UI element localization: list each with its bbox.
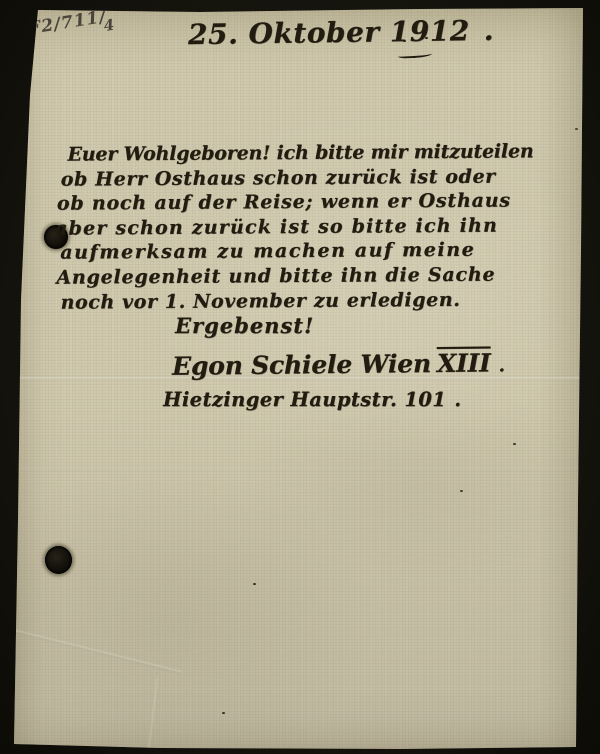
- fold-crease-faint: [0, 468, 600, 471]
- photo-background: F2/711/4 25. Oktober 1912. Euer Wohlgebo…: [0, 0, 600, 754]
- letter-line: ob noch auf der Reise; wenn er Osthaus: [55, 189, 534, 217]
- address-text: Hietzinger Hauptstr. 101: [163, 388, 446, 411]
- archival-number: F2/711/4: [27, 5, 119, 39]
- signature-name: Egon Schiele Wien: [172, 349, 431, 381]
- date-text: 25. Oktober 1912: [188, 14, 470, 51]
- address-period: .: [454, 388, 461, 411]
- date-line: 25. Oktober 1912.: [188, 14, 494, 51]
- date-underline-flourish: [398, 51, 432, 59]
- archival-number-main: F2/711/: [27, 7, 108, 39]
- letter-line: Euer Wohlgeboren! ich bitte mir mitzutei…: [54, 139, 533, 167]
- letter-line: Angelegenheit und bitte ihn die Sache: [55, 262, 534, 290]
- punch-hole-bottom: [45, 546, 72, 574]
- letter-line: ob Herr Osthaus schon zurück ist oder: [55, 164, 534, 192]
- signature-line: Egon Schiele WienXIII.: [172, 348, 505, 380]
- address-line: Hietzinger Hauptstr. 101.: [163, 388, 461, 411]
- archival-number-sub: 4: [102, 16, 116, 36]
- signature-period: .: [498, 355, 504, 376]
- fold-crease-vertical: [147, 678, 160, 754]
- letter-body: Euer Wohlgeboren! ich bitte mir mitzutei…: [54, 139, 534, 314]
- fold-crease-diagonal: [0, 625, 182, 674]
- signature-district: XIII: [437, 348, 491, 378]
- letter-line: aber schon zurück ist so bitte ich ihn: [55, 213, 534, 241]
- letter-line: noch vor 1. November zu erledigen.: [55, 287, 534, 315]
- date-period: .: [483, 14, 494, 47]
- letter-paper: F2/711/4 25. Oktober 1912. Euer Wohlgebo…: [0, 0, 600, 754]
- closing-salutation: Ergebenst!: [175, 313, 314, 338]
- letter-line: aufmerksam zu machen auf meine: [55, 238, 534, 266]
